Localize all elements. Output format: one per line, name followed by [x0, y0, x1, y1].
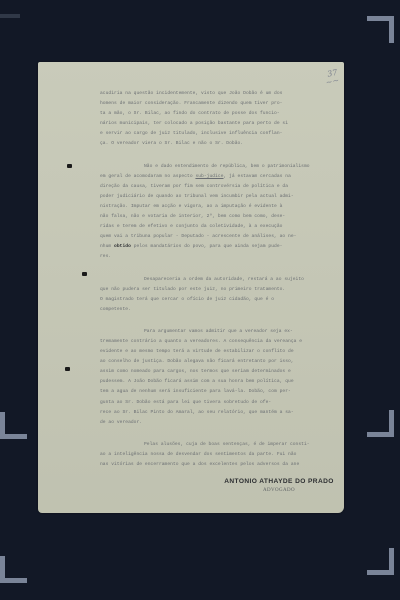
text-line: ao a inteligência nossa de desvendar dos… [100, 450, 338, 460]
corner-marker-bottom-right [367, 548, 394, 575]
paragraph-gap [100, 263, 338, 275]
paragraph-gap [100, 315, 338, 327]
punch-hole-mark-2 [82, 272, 87, 276]
text-line: ça. O vereador viera o Sr. Bilac e não o… [100, 139, 338, 149]
text-line: homens de maior consideração. Francament… [100, 99, 338, 109]
paragraph-gap [100, 150, 338, 162]
text-line: que não pudera ser titulado por este jui… [100, 285, 338, 295]
text-line: Para argumentar vamos admitir que a vere… [100, 327, 338, 337]
text-line: gunta ao Sr. Dobão está para lei que tiv… [100, 398, 338, 408]
text-line: ridas e terem de efetivo e conjunto da c… [100, 222, 338, 232]
text-line: O magistrado terá que cercar o ofício de… [100, 295, 338, 305]
corner-marker-mid-left [0, 412, 27, 439]
punch-hole-mark-3 [65, 367, 70, 371]
signatory-title: ADVOGADO [214, 488, 344, 493]
text-line: nhum obtido pelos mandatários do povo, p… [100, 242, 338, 252]
text-line: Não e dado entendimento de república, be… [100, 162, 338, 172]
text-line: direção da causa, tiveram por fim sem co… [100, 182, 338, 192]
text-line: pudessem. A João Dobão ficará assim com … [100, 377, 338, 387]
corner-marker-top-left [0, 14, 20, 40]
bold-term: obtido [114, 244, 131, 249]
underlined-term: sub-judice [195, 174, 223, 179]
text-line: acudiria na questão incidentemente, vist… [100, 89, 338, 99]
signatory-name: ANTONIO ATHAYDE DO PRADO [214, 478, 344, 485]
text-line: nas vitórias de encerramento que a dos e… [100, 460, 338, 470]
text-line: ta a mão, o Sr. Bilac, ao findo do contr… [100, 109, 338, 119]
punch-hole-mark-1 [67, 164, 72, 168]
handwritten-scribble: ~~ [325, 76, 340, 88]
text-line: não falsa, não e votaria de interior, 2º… [100, 212, 338, 222]
text-line: nistração. Imputar em acção e vigora, ao… [100, 202, 338, 212]
text-line-content: em geral de acomodaram no aspecto sub-ju… [100, 174, 291, 179]
corner-marker-mid-right [367, 410, 394, 437]
text-line: de ao vereador. [100, 418, 338, 428]
handwritten-page-number: 37 ~~ [323, 69, 339, 87]
text-line: assim como nomeado para cargos, nos term… [100, 367, 338, 377]
text-line: nários municipais, ter colocado a posiçã… [100, 119, 338, 129]
text-line: Pelas alusões, cuja de boas sentenças, é… [100, 440, 338, 450]
text-line: rece ao Sr. Bilac Pinto do Amaral, ao se… [100, 408, 338, 418]
signature-block: ANTONIO ATHAYDE DO PRADO ADVOGADO [214, 478, 344, 493]
text-line: res. [100, 252, 338, 262]
typed-body-text: acudiria na questão incidentemente, vist… [100, 89, 338, 470]
text-line: tem a agua de nenhum será insuficiente p… [100, 387, 338, 397]
text-line: evidente e ao mesmo tempo terá a virtude… [100, 347, 338, 357]
text-line: poder judiciário de quando ao tribunal v… [100, 192, 338, 202]
corner-marker-top-right [367, 16, 394, 43]
text-line: ao conselho de justiça. Dobão alegava nã… [100, 357, 338, 367]
paragraph-gap [100, 428, 338, 440]
text-line: e servir ao cargo de juiz titulado, incl… [100, 129, 338, 139]
text-line: quem vai a tribuna popular - Deputado - … [100, 232, 338, 242]
text-line: Desapareceria a ordem da autoridade, res… [100, 275, 338, 285]
document-page: 37 ~~ acudiria na questão incidentemente… [38, 62, 344, 513]
corner-marker-bottom-left [0, 556, 27, 583]
text-line: competente. [100, 305, 338, 315]
text-line: tremamente contrário a quanto a vereador… [100, 337, 338, 347]
text-line-with-underline: em geral de acomodaram no aspecto sub-ju… [100, 172, 338, 182]
